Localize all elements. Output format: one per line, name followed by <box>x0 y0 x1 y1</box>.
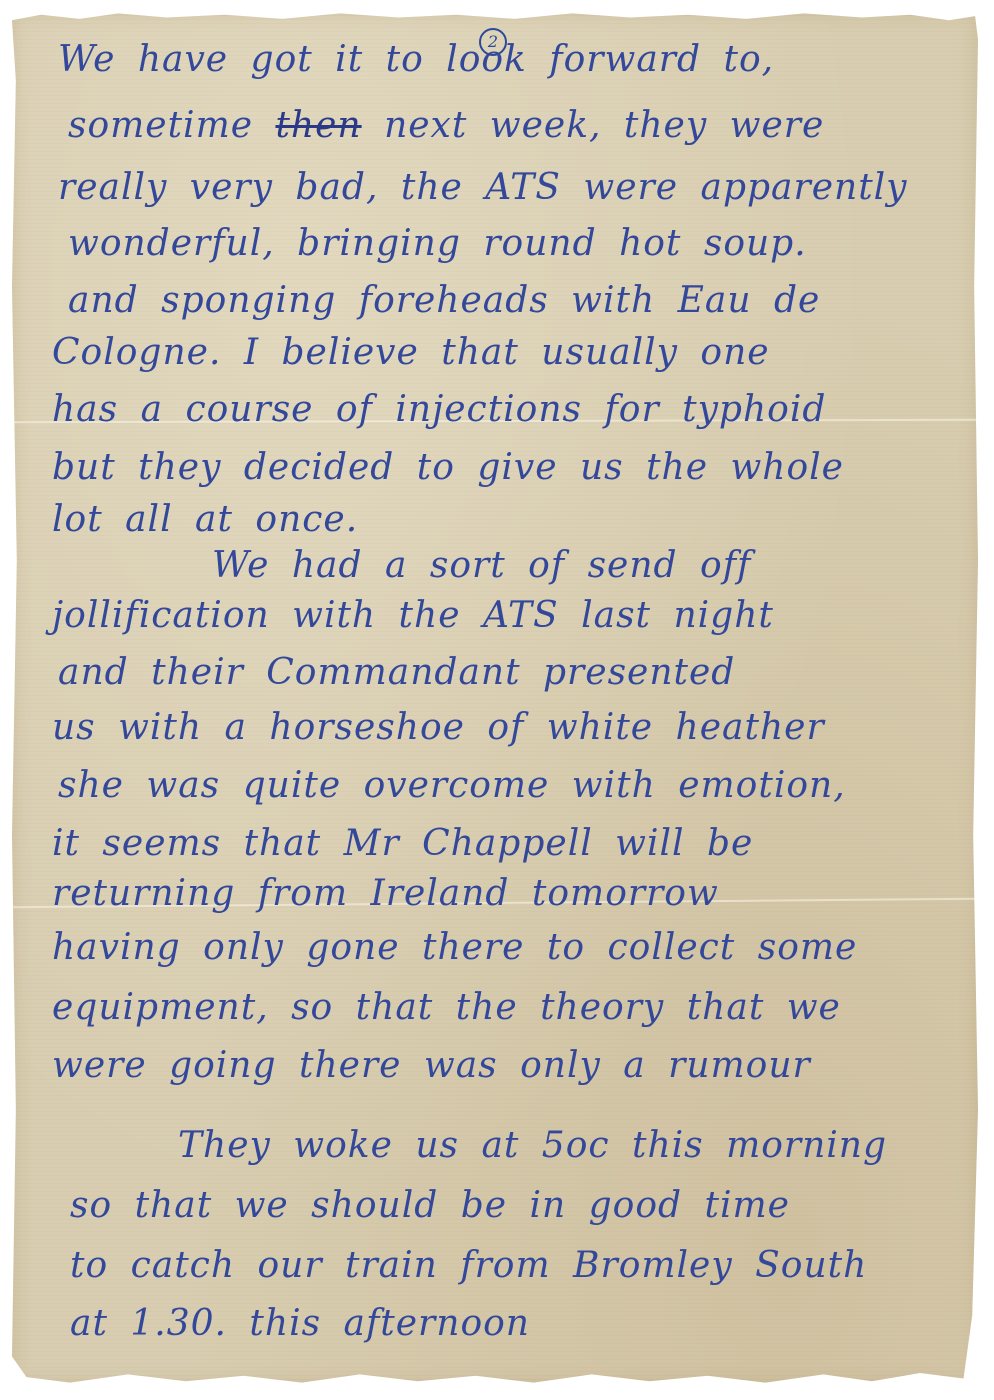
handwritten-line: it seems that Mr Chappell will be <box>52 826 753 862</box>
handwritten-line: jollification with the ATS last night <box>52 598 774 634</box>
struck-out-word: then <box>275 105 361 146</box>
handwritten-line: and sponging foreheads with Eau de <box>68 283 820 319</box>
handwritten-line: returning from Ireland tomorrow <box>52 876 719 912</box>
handwritten-line: We had a sort of send off <box>212 548 751 584</box>
handwritten-line: she was quite overcome with emotion, <box>58 768 846 804</box>
handwritten-line: but they decided to give us the whole <box>52 450 844 486</box>
handwritten-line: equipment, so that the theory that we <box>52 990 841 1026</box>
handwritten-line: and their Commandant presented <box>58 655 735 691</box>
handwritten-line: having only gone there to collect some <box>52 930 857 966</box>
handwritten-line: sometime then next week, they were <box>68 108 824 144</box>
handwritten-line: lot all at once. <box>52 502 358 538</box>
handwritten-line: to catch our train from Bromley South <box>70 1248 867 1284</box>
handwritten-line: so that we should be in good time <box>70 1188 790 1224</box>
handwritten-line: Cologne. I believe that usually one <box>52 335 770 371</box>
handwritten-line: were going there was only a rumour <box>52 1048 811 1084</box>
handwritten-line: at 1.30. this afternoon <box>70 1306 530 1342</box>
handwritten-line: has a course of injections for typhoid <box>52 392 826 428</box>
handwritten-line: really very bad, the ATS were apparently <box>58 170 908 206</box>
letter-page: 2 We have got it to look forward to,some… <box>12 12 978 1384</box>
handwritten-line: They woke us at 5oc this morning <box>178 1128 887 1164</box>
handwritten-line: wonderful, bringing round hot soup. <box>68 226 807 262</box>
handwritten-line: us with a horseshoe of white heather <box>52 710 825 746</box>
handwritten-line: We have got it to look forward to, <box>58 42 774 78</box>
